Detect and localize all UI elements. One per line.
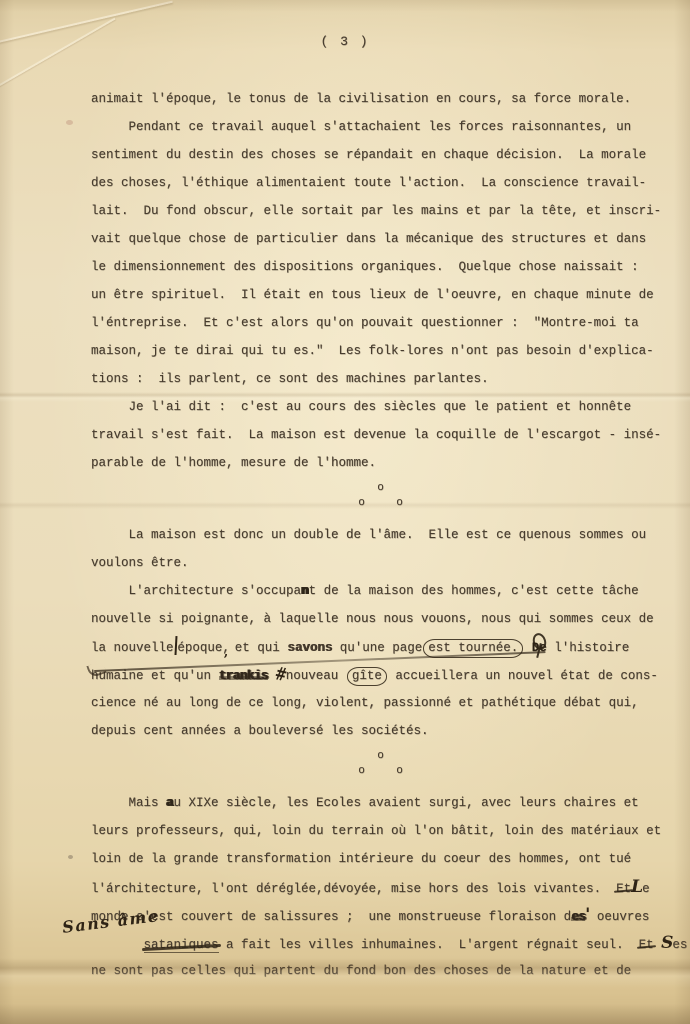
- section-divider: o o: [91, 496, 671, 511]
- typed-text: voulons être.: [91, 556, 189, 570]
- typed-overstrike-word: es: [571, 910, 585, 924]
- typed-text: ne sont pas celles qui partent du fond b…: [91, 964, 631, 978]
- typed-text: leurs professeurs, qui, loin du terrain …: [91, 824, 661, 838]
- typed-line: loin de la grande transformation intérie…: [91, 845, 671, 873]
- section-divider: o o: [91, 764, 671, 779]
- edited-line: l'árchitecture, l'ont déréglée,dévoyée, …: [91, 873, 671, 901]
- edited-line: monde s'est couvert de salissures ; une …: [91, 901, 671, 929]
- typed-text: [91, 938, 144, 952]
- typed-text: sentiment du destin des choses se répand…: [91, 148, 646, 162]
- edited-line: sataniques a fait les villes inhumaines.…: [91, 929, 671, 957]
- typed-line: un être spirituel. Il était en tous lieu…: [91, 281, 671, 309]
- typed-text: o o: [358, 497, 404, 509]
- double-struck-word: savons: [287, 641, 332, 655]
- typed-line: travail s'est fait. La maison est devenu…: [91, 421, 671, 449]
- typed-line: animait l'époque, le tonus de la civilis…: [91, 85, 671, 113]
- typed-line: La maison est donc un double de l'âme. E…: [91, 521, 671, 549]
- typed-text: a fait les villes inhumaines. L'argent r…: [219, 938, 639, 952]
- typed-text: époque,: [177, 641, 230, 655]
- text-block: animait l'époque, le tonus de la civilis…: [91, 85, 671, 985]
- typed-line: l'éntreprise. Et c'est alors qu'on pouva…: [91, 309, 671, 337]
- paper-stain: [66, 120, 73, 125]
- typed-text: es voies: [672, 938, 690, 952]
- typed-text: des choses, l'éthique alimentaient toute…: [91, 176, 646, 190]
- typed-text: L'architecture s'occupa: [91, 584, 301, 598]
- typed-line: lait. Du fond obscur, elle sortait par l…: [91, 197, 671, 225]
- typed-text: et qui: [227, 641, 287, 655]
- typed-text: qu'une page: [332, 641, 422, 655]
- typed-text: La maison est donc un double de l'âme. E…: [91, 528, 646, 542]
- overtyped-letter: a: [166, 796, 174, 810]
- typed-text: parable de l'homme, mesure de l'homme.: [91, 456, 376, 470]
- typed-line: Mais au XIXe siècle, les Ecoles avaient …: [91, 789, 671, 817]
- pen-inserted-letter: L: [631, 877, 642, 897]
- typed-text: animait l'époque, le tonus de la civilis…: [91, 92, 631, 106]
- typed-line: parable de l'homme, mesure de l'homme.: [91, 449, 671, 477]
- typed-text: o: [377, 482, 385, 494]
- page-number: ( 3 ): [0, 34, 690, 49]
- typescript-page: ( 3 ) animait l'époque, le tonus de la c…: [0, 0, 690, 1024]
- typed-text: monde s'est couvert de salissures ; une …: [91, 910, 571, 924]
- typed-text: e: [642, 882, 650, 896]
- typed-line: ne sont pas celles qui partent du fond b…: [91, 957, 671, 985]
- pen-struck-word: Et: [616, 882, 631, 896]
- ink-smudge: [68, 855, 73, 859]
- section-divider: o: [91, 481, 671, 496]
- typed-text: nouveau: [286, 669, 346, 683]
- typed-text: le dimensionnement des dispositions orga…: [91, 260, 639, 274]
- typed-line: sentiment du destin des choses se répand…: [91, 141, 671, 169]
- typed-text: travail s'est fait. La maison est devenu…: [91, 428, 661, 442]
- typed-text: l'histoire: [547, 641, 630, 655]
- typed-overstrike-word: trankis: [219, 669, 268, 683]
- typed-text: t de la maison des hommes, c'est cette t…: [309, 584, 639, 598]
- typed-text: la nouvelle: [91, 641, 174, 655]
- overtyped-letter: n: [301, 584, 309, 598]
- typed-text: vait quelque chose de particulier dans l…: [91, 232, 646, 246]
- typed-text: Pendant ce travail auquel s'attachaient …: [91, 120, 631, 134]
- typed-line: leurs professeurs, qui, loin du terrain …: [91, 817, 671, 845]
- typed-text: maison, je te dirai qui tu es." Les folk…: [91, 344, 654, 358]
- typed-line: des choses, l'éthique alimentaient toute…: [91, 169, 671, 197]
- typed-text: depuis cent années a bouleversé les soci…: [91, 724, 429, 738]
- typed-line: voulons être.: [91, 549, 671, 577]
- typed-text: tions : ils parlent, ce sont des machine…: [91, 372, 489, 386]
- pen-circled-text: gîte: [347, 667, 387, 686]
- typed-text: o: [377, 750, 385, 762]
- typed-line: cience né au long de ce long, violent, p…: [91, 689, 671, 717]
- typed-line: vait quelque chose de particulier dans l…: [91, 225, 671, 253]
- edited-line: humaine et qu'un trankis #nouveau gîte a…: [91, 661, 671, 689]
- typed-line: le dimensionnement des dispositions orga…: [91, 253, 671, 281]
- typed-line: L'architecture s'occupant de la maison d…: [91, 577, 671, 605]
- typed-text: loin de la grande transformation intérie…: [91, 852, 631, 866]
- typed-text: u XIXe siècle, les Ecoles avaient surgi,…: [174, 796, 639, 810]
- pen-struck-word: sataniques: [144, 938, 219, 953]
- typed-text: o o: [358, 765, 404, 777]
- typed-text: l'árchitecture, l'ont déréglée,dévoyée, …: [91, 882, 616, 896]
- typed-text: lait. Du fond obscur, elle sortait par l…: [91, 204, 661, 218]
- pen-comma-mark: ,: [224, 638, 228, 666]
- typed-text: Mais: [91, 796, 166, 810]
- pen-insertion-bar: [174, 636, 177, 655]
- pen-inserted-letter: S: [661, 933, 672, 953]
- typed-line: maison, je te dirai qui tu es." Les folk…: [91, 337, 671, 365]
- typed-line: Pendant ce travail auquel s'attachaient …: [91, 113, 671, 141]
- typed-text: oeuvres: [589, 910, 649, 924]
- typed-text: accueillera un nouvel état de cons-: [388, 669, 658, 683]
- edited-line: la nouvelleépoque,, et qui savons qu'une…: [91, 633, 671, 661]
- typed-text: nouvelle si poignante, à laquelle nous n…: [91, 612, 654, 626]
- typed-line: tions : ils parlent, ce sont des machine…: [91, 365, 671, 393]
- typed-text: Je l'ai dit : c'est au cours des siècles…: [91, 400, 631, 414]
- typed-line: depuis cent années a bouleversé les soci…: [91, 717, 671, 745]
- typed-text: cience né au long de ce long, violent, p…: [91, 696, 639, 710]
- typed-line: nouvelle si poignante, à laquelle nous n…: [91, 605, 671, 633]
- typed-text: un être spirituel. Il était en tous lieu…: [91, 288, 654, 302]
- pen-struck-word: Et: [639, 938, 654, 952]
- section-divider: o: [91, 749, 671, 764]
- typed-line: Je l'ai dit : c'est au cours des siècles…: [91, 393, 671, 421]
- typed-text: l'éntreprise. Et c'est alors qu'on pouva…: [91, 316, 639, 330]
